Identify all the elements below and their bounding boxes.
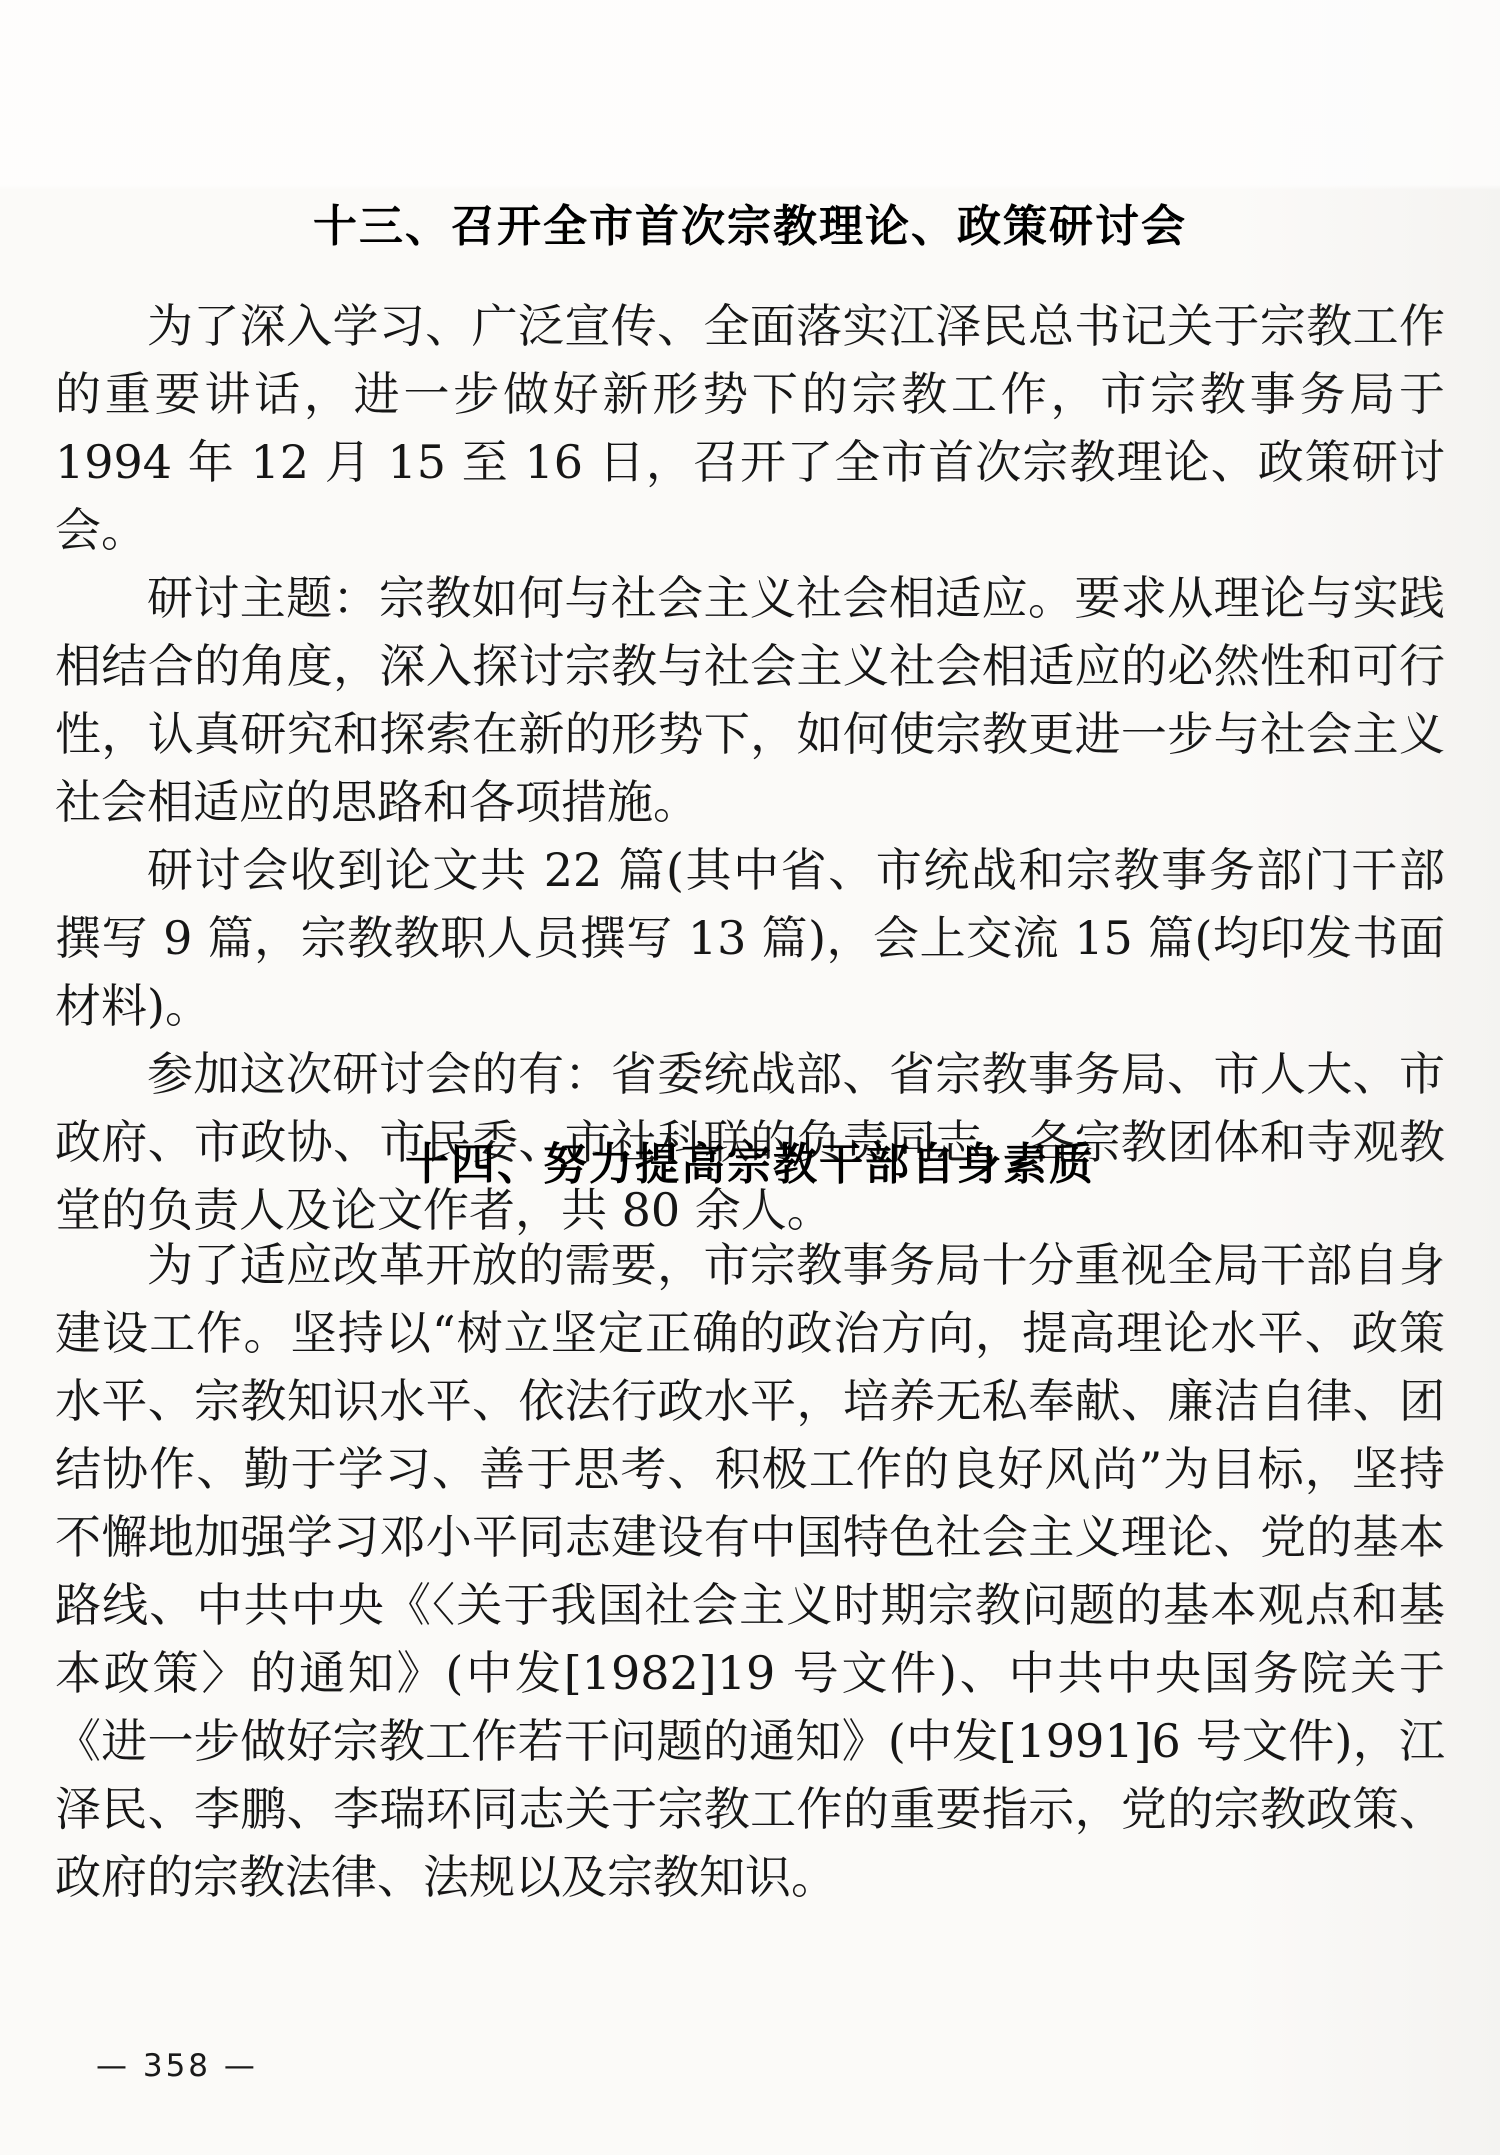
section-13-body: 为了深入学习、广泛宣传、全面落实江泽民总书记关于宗教工作的重要讲话，进一步做好新… xyxy=(55,292,1445,1244)
section-13-paragraph-2: 研讨主题：宗教如何与社会主义社会相适应。要求从理论与实践相结合的角度，深入探讨宗… xyxy=(55,564,1445,836)
section-14-body: 为了适应改革开放的需要，市宗教事务局十分重视全局干部自身建设工作。坚持以“树立坚… xyxy=(55,1231,1445,1911)
section-13-heading: 十三、召开全市首次宗教理论、政策研讨会 xyxy=(55,203,1445,251)
section-14-paragraph-1: 为了适应改革开放的需要，市宗教事务局十分重视全局干部自身建设工作。坚持以“树立坚… xyxy=(55,1231,1445,1911)
section-14-heading: 十四、努力提高宗教干部自身素质 xyxy=(55,1141,1445,1189)
page-number: — 358 — xyxy=(96,2048,258,2084)
section-13-paragraph-1: 为了深入学习、广泛宣传、全面落实江泽民总书记关于宗教工作的重要讲话，进一步做好新… xyxy=(55,292,1445,564)
document-page: 十三、召开全市首次宗教理论、政策研讨会 为了深入学习、广泛宣传、全面落实江泽民总… xyxy=(0,0,1500,2155)
section-13-paragraph-3: 研讨会收到论文共 22 篇(其中省、市统战和宗教事务部门干部撰写 9 篇，宗教教… xyxy=(55,836,1445,1040)
